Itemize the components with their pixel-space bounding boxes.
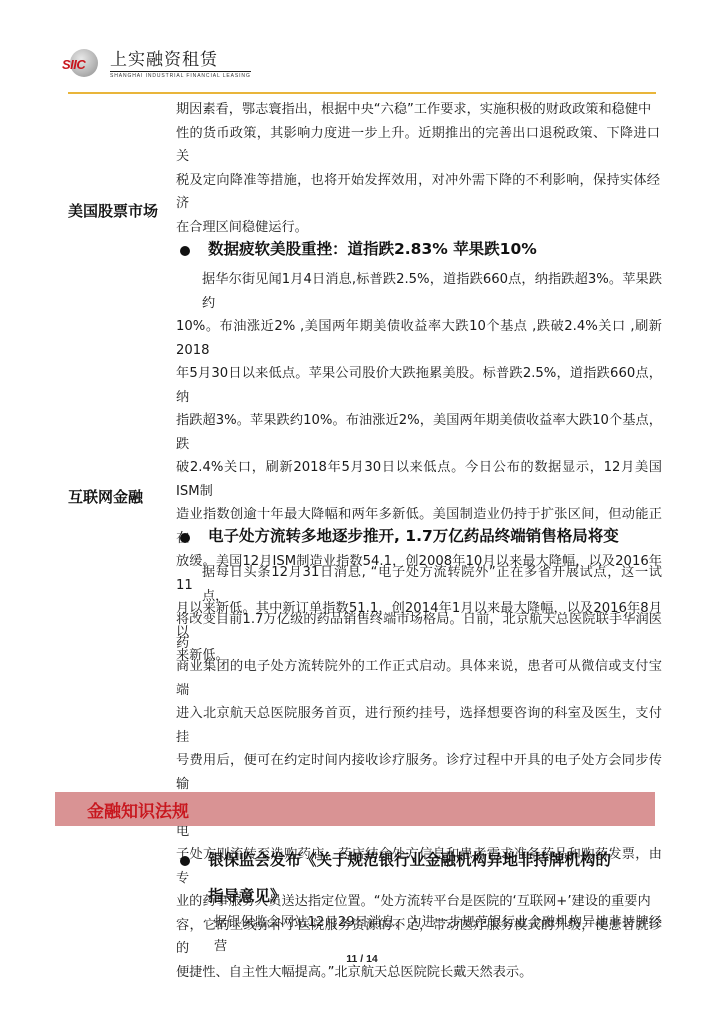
header-divider (68, 92, 656, 94)
paragraph-line: 据每日头条12月31日消息, “电子处方流转院外”正在多省开展试点，这一试点， (176, 561, 662, 608)
article-title-text: 电子处方流转多地逐步推开, 1.7万亿药品终端销售格局将变 (208, 519, 619, 553)
article-title-text: 数据疲软美股重挫：道指跌2.83% 苹果跌10% (208, 232, 537, 266)
banner-title: 金融知识法规 (87, 797, 189, 822)
company-name-en: SHANGHAI INDUSTRIAL FINANCIAL LEASING (110, 73, 251, 79)
section-heading-internet-finance: 互联网金融 (68, 486, 143, 507)
paragraph-line: 进入北京航天总医院服务首页，进行预约挂号，选择想要咨询的科室及医生，支付挂 (176, 702, 662, 749)
article-title-e-prescription: 电子处方流转多地逐步推开, 1.7万亿药品终端销售格局将变 (180, 527, 619, 553)
company-name-cn: 上实融资租赁 (110, 50, 251, 72)
company-logo-icon: SIIC (62, 49, 104, 79)
page-number: 11 / 14 (0, 953, 724, 965)
paragraph-line: 指跌超3%。苹果跌约10%。布油涨近2%，美国两年期美债收益率大跌10个基点，跌 (176, 409, 662, 456)
paragraph-line: 年5月30日以来低点。苹果公司股价大跌拖累美股。标普跌2.5%，道指跌660点，… (176, 362, 662, 409)
page-header: SIIC 上实融资租赁 SHANGHAI INDUSTRIAL FINANCIA… (62, 44, 251, 84)
paragraph-line: 号费用后，便可在约定时间内接收诊疗服务。诊疗过程中开具的电子处方会同步传输 (176, 749, 662, 796)
logo-siic-mark: SIIC (62, 57, 85, 72)
paragraph-line: 据银保监会网站12月29日消息，为进一步规范银行业金融机构异地非持牌经营 (176, 911, 662, 958)
company-name: 上实融资租赁 SHANGHAI INDUSTRIAL FINANCIAL LEA… (110, 50, 251, 79)
paragraph-line: 将改变目前1.7万亿级的药品销售终端市场格局。日前，北京航天总医院联手华润医药 (176, 608, 662, 655)
article-title-us-stocks: 数据疲软美股重挫：道指跌2.83% 苹果跌10% (180, 240, 537, 266)
paragraph-line: 10%。布油涨近2% ,美国两年期美债收益率大跌10个基点 ,跌破2.4%关口 … (176, 315, 662, 362)
intro-paragraph: 期因素看，鄂志寰指出，根据中央“六稳”工作要求，实施积极的财政政策和稳健中 性的… (176, 98, 660, 239)
article-title-regulation: 银保监会发布《关于规范银行业金融机构异地非持牌机构的 指导意见》 (180, 850, 611, 914)
section-banner-financial-regulations: 金融知识法规 (55, 792, 655, 826)
paragraph-line: 期因素看，鄂志寰指出，根据中央“六稳”工作要求，实施积极的财政政策和稳健中 (176, 98, 660, 122)
paragraph-line: 税及定向降准等措施，也将开始发挥效用，对冲外需下降的不利影响，保持实体经济 (176, 169, 660, 216)
paragraph-line: 破2.4%关口，刷新2018年5月30日以来低点。今日公布的数据显示，12月美国… (176, 456, 662, 503)
bullet-icon (180, 533, 190, 543)
bullet-icon (180, 856, 190, 866)
paragraph-line: 商业集团的电子处方流转院外的工作正式启动。具体来说，患者可从微信或支付宝端 (176, 655, 662, 702)
article-title-line: 银保监会发布《关于规范银行业金融机构异地非持牌机构的 (208, 842, 611, 878)
article-body-regulation: 据银保监会网站12月29日消息，为进一步规范银行业金融机构异地非持牌经营 (176, 911, 662, 958)
paragraph-line: 据华尔街见闻1月4日消息,标普跌2.5%，道指跌660点，纳指跌超3%。苹果跌约 (176, 268, 662, 315)
paragraph-line: 性的货币政策，其影响力度进一步上升。近期推出的完善出口退税政策、下降进口关 (176, 122, 660, 169)
section-heading-us-stocks: 美国股票市场 (68, 200, 158, 221)
article-title-line: 指导意见》 (208, 878, 611, 914)
article-title-text: 银保监会发布《关于规范银行业金融机构异地非持牌机构的 指导意见》 (208, 842, 611, 914)
bullet-icon (180, 246, 190, 256)
